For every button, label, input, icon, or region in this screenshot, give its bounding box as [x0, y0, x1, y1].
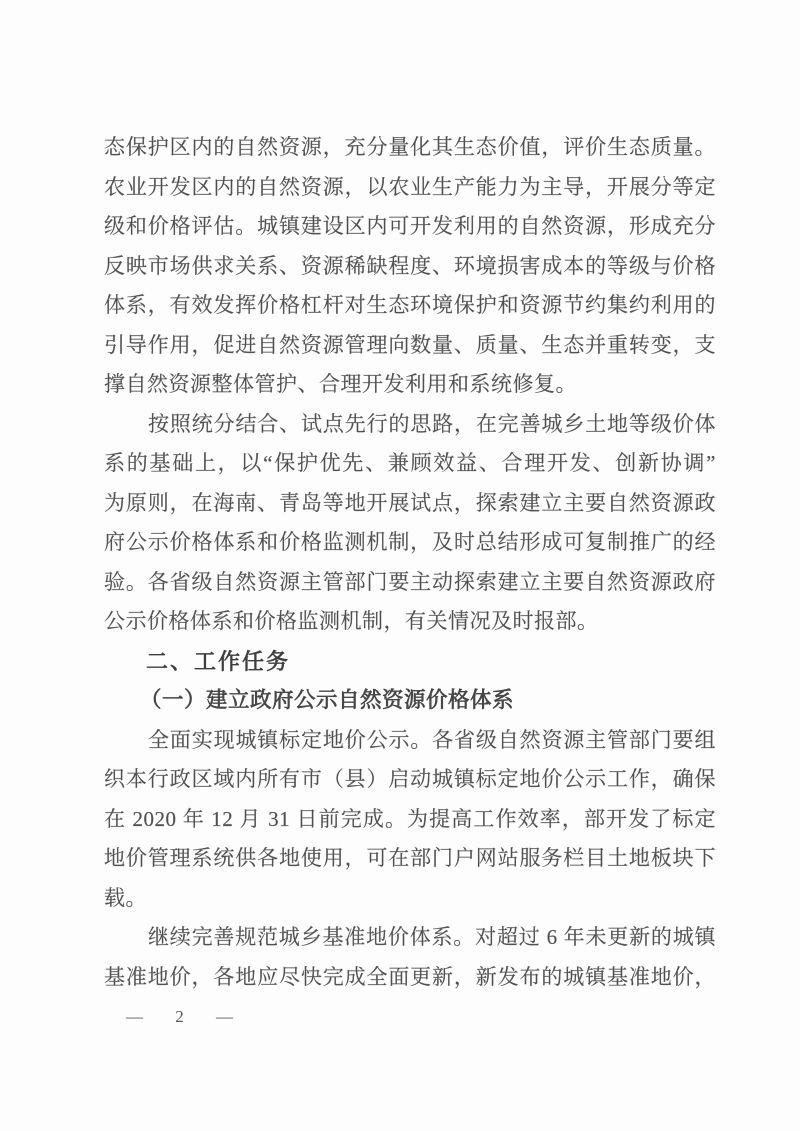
- text-line: 基准地价，各地应尽快完成全面更新，新发布的城镇基准地价，: [104, 958, 716, 998]
- document-page: 态保护区内的自然资源，充分量化其生态价值，评价生态质量。 农业开发区内的自然资源…: [0, 0, 800, 1131]
- text-line: 态保护区内的自然资源，充分量化其生态价值，评价生态质量。: [104, 128, 716, 168]
- text-line: 公示价格体系和价格监测机制，有关情况及时报部。: [104, 602, 716, 642]
- text-line: 地价管理系统供各地使用，可在部门户网站服务栏目土地板块下: [104, 839, 716, 879]
- text-line: 全面实现城镇标定地价公示。各省级自然资源主管部门要组: [104, 721, 716, 761]
- text-line: 府公示价格体系和价格监测机制，及时总结形成可复制推广的经: [104, 523, 716, 563]
- text-line: 为原则，在海南、青岛等地开展试点，探索建立主要自然资源政: [104, 484, 716, 524]
- text-line: 反映市场供求关系、资源稀缺程度、环境损害成本的等级与价格: [104, 247, 716, 287]
- page-number: — 2 —: [104, 997, 716, 1037]
- text-line: 按照统分结合、试点先行的思路，在完善城乡土地等级价体: [104, 405, 716, 445]
- text-line: 撑自然资源整体管护、合理开发利用和系统修复。: [104, 365, 716, 405]
- text-line: 载。: [104, 879, 716, 919]
- text-line: 农业开发区内的自然资源，以农业生产能力为主导，开展分等定: [104, 168, 716, 208]
- text-line: 验。各省级自然资源主管部门要主动探索建立主要自然资源政府: [104, 563, 716, 603]
- text-line: 体系，有效发挥价格杠杆对生态环境保护和资源节约集约利用的: [104, 286, 716, 326]
- section-heading: 二、工作任务: [104, 642, 716, 682]
- text-line: 引导作用，促进自然资源管理向数量、质量、生态并重转变，支: [104, 326, 716, 366]
- text-line: 继续完善规范城乡基准地价体系。对超过 6 年未更新的城镇: [104, 918, 716, 958]
- text-line: 级和价格评估。城镇建设区内可开发利用的自然资源，形成充分: [104, 207, 716, 247]
- text-column: 态保护区内的自然资源，充分量化其生态价值，评价生态质量。 农业开发区内的自然资源…: [104, 128, 716, 1037]
- text-line: 织本行政区域内所有市（县）启动城镇标定地价公示工作，确保: [104, 760, 716, 800]
- text-line: 在 2020 年 12 月 31 日前完成。为提高工作效率，部开发了标定: [104, 800, 716, 840]
- text-line: 系的基础上，以“保护优先、兼顾效益、合理开发、创新协调”: [104, 444, 716, 484]
- subsection-heading: （一）建立政府公示自然资源价格体系: [104, 681, 716, 721]
